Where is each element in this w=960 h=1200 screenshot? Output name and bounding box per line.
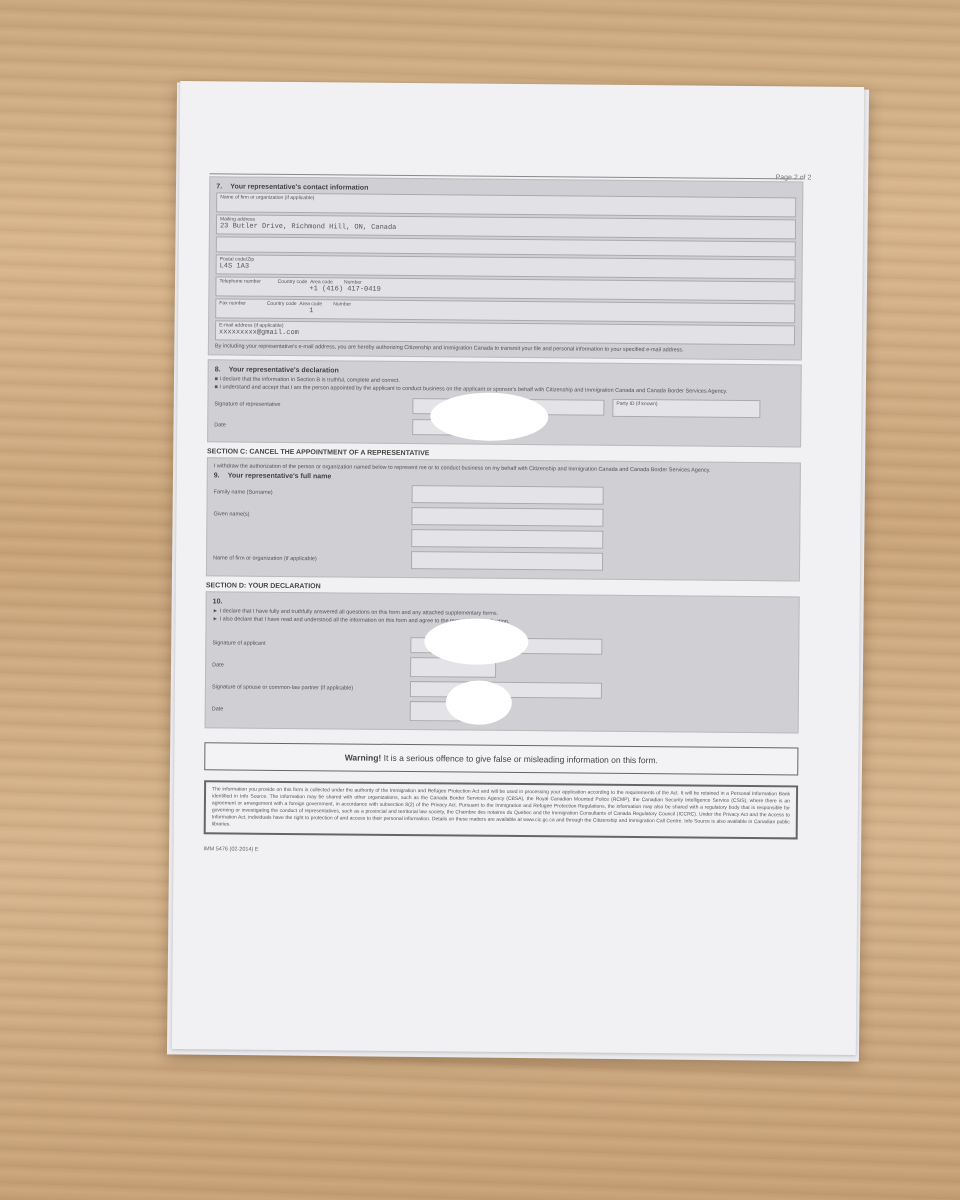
redaction-blot — [430, 392, 548, 441]
family-name-field[interactable] — [412, 485, 604, 505]
mailing-address-field[interactable]: Mailing address23 Butler Drive, Richmond… — [216, 214, 796, 239]
q7-number: 7. — [216, 183, 230, 190]
form-page: Page 2 of 2 7.Your representative's cont… — [172, 81, 864, 1055]
privacy-notice: The information you provide on this form… — [204, 780, 798, 839]
redaction-blot — [446, 680, 512, 725]
telephone-field[interactable]: Telephone number Country code Area code … — [215, 276, 795, 301]
given-name-field-2[interactable] — [411, 529, 603, 549]
warning-box: Warning! It is a serious offence to give… — [204, 742, 798, 775]
redaction-blot — [424, 618, 528, 665]
section-d-panel: 10. ► I declare that I have fully and tr… — [205, 591, 800, 733]
question-8-panel: 8.Your representative's declaration ■ I … — [207, 359, 802, 447]
email-field[interactable]: E-mail address (if applicable)xxxxxxxxx@… — [215, 320, 795, 345]
party-id-field[interactable]: Party ID (if known) — [612, 399, 760, 418]
given-name-field[interactable] — [411, 507, 603, 527]
form-id: IMM 5476 (02-2014) E — [204, 846, 798, 857]
q7-title: Your representative's contact informatio… — [230, 183, 368, 191]
firm-name-field[interactable]: Name of firm or organization (if applica… — [216, 192, 796, 217]
rep-signature-label: Signature of representative — [214, 401, 404, 409]
question-7-panel: 7.Your representative's contact informat… — [208, 176, 804, 360]
form-content: Page 2 of 2 7.Your representative's cont… — [204, 173, 804, 857]
firm-name-cancel-field[interactable] — [411, 551, 603, 571]
rep-date-label: Date — [214, 422, 404, 430]
page-number: Page 2 of 2 — [776, 174, 812, 181]
q8-title: Your representative's declaration — [229, 366, 339, 374]
postal-code-field[interactable]: Postal code/ZipL4S 1A3 — [216, 254, 796, 279]
section-c-panel: I withdraw the authorization of the pers… — [206, 457, 801, 581]
fax-field[interactable]: Fax number Country code Area code Number… — [215, 298, 795, 323]
